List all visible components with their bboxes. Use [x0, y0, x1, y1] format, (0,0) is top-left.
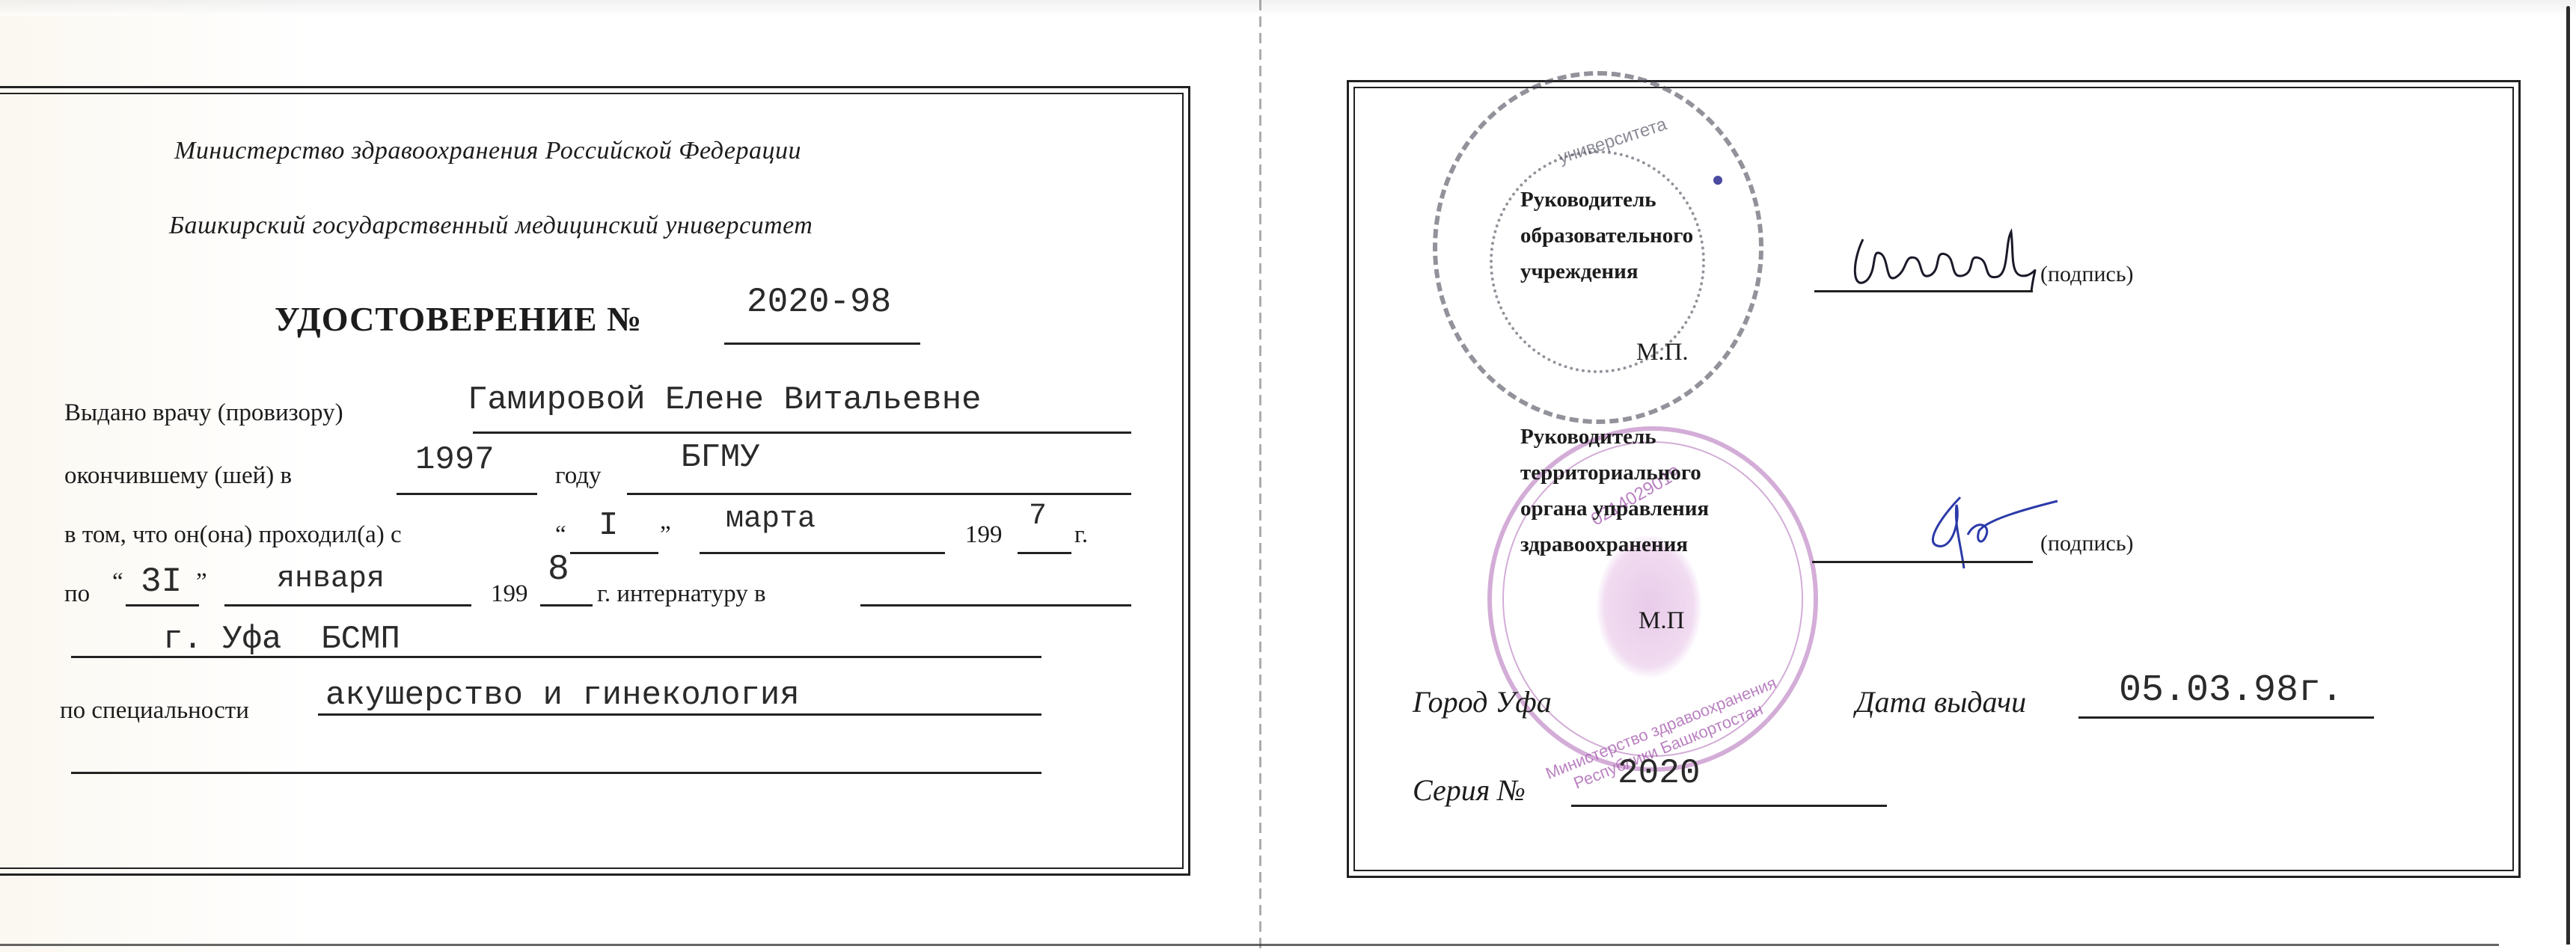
start-month-line	[700, 552, 945, 554]
page-fold	[1259, 0, 1261, 952]
signature-2-line	[1812, 561, 2033, 563]
head-health-line-1: Руководитель	[1520, 419, 1709, 455]
head-health-line-3: органа управления	[1520, 491, 1709, 526]
specialty-line	[318, 713, 1041, 716]
graduated-institution-line	[627, 493, 1131, 495]
start-close-quote: ”	[660, 521, 671, 549]
start-day: I	[599, 507, 618, 544]
internship-line	[860, 604, 1131, 606]
issue-date-line	[2078, 716, 2374, 719]
stamp-dot	[1713, 176, 1722, 185]
scan-top-shade	[0, 0, 2576, 16]
issue-date-label: Дата выдачи	[1855, 684, 2026, 719]
head-health-label: Руководитель территориального органа упр…	[1520, 419, 1709, 562]
signature-1-caption: (подпись)	[2040, 262, 2134, 287]
year-word: году	[555, 462, 602, 490]
start-year-suffix: г.	[1074, 521, 1088, 549]
series-line	[1571, 805, 1887, 807]
cover-edge	[2566, 6, 2570, 945]
head-edu-line-1: Руководитель	[1520, 182, 1693, 218]
blank-line	[71, 772, 1041, 774]
to-label: по	[64, 580, 90, 608]
head-health-line-4: здравоохранения	[1520, 526, 1709, 562]
end-day: 3I	[141, 562, 182, 601]
start-year-line	[1018, 552, 1071, 554]
end-year-digit: 8	[548, 550, 569, 590]
head-edu-line-2: образовательного	[1520, 218, 1693, 254]
start-year-digit: 7	[1029, 500, 1047, 533]
graduated-year: 1997	[415, 441, 495, 479]
issue-date-value: 05.03.98г.	[2119, 669, 2343, 712]
seal-mark-1: М.П.	[1636, 339, 1689, 366]
end-year-line	[540, 604, 593, 606]
head-edu-label: Руководитель образовательного учреждения	[1520, 182, 1693, 289]
series-label: Серия №	[1413, 773, 1526, 808]
period-label: в том, что он(она) проходил(а) с	[64, 521, 402, 549]
end-open-quote: “	[112, 568, 123, 596]
signature-1	[1848, 209, 2065, 299]
ministry-heading: Министерство здравоохранения Российской …	[174, 137, 801, 165]
graduated-label: окончившему (шей) в	[64, 462, 292, 490]
specialty-value: акушерство и гинекология	[325, 677, 800, 714]
specialty-label: по специальности	[60, 697, 249, 725]
head-edu-line-3: учреждения	[1520, 254, 1693, 289]
signature-1-line	[1814, 290, 2033, 292]
graduated-year-line	[397, 493, 537, 495]
issued-to-line	[473, 432, 1131, 434]
end-close-quote: ”	[196, 568, 207, 596]
issued-to-value: Гамировой Елене Витальевне	[468, 381, 982, 419]
signature-2-caption: (подпись)	[2040, 531, 2134, 556]
cover-bottom-edge	[0, 944, 2499, 946]
start-month: марта	[726, 503, 816, 536]
series-value: 2020	[1618, 754, 1700, 793]
end-month-line	[224, 604, 471, 606]
internship-label: г. интернатуру в	[597, 580, 766, 608]
graduated-institution: БГМУ	[681, 439, 760, 476]
certificate-number: 2020-98	[747, 283, 891, 322]
end-day-line	[126, 604, 199, 606]
issued-to-label: Выдано врачу (провизору)	[64, 399, 343, 427]
head-health-line-2: территориального	[1520, 455, 1709, 491]
start-day-line	[570, 552, 658, 554]
certificate-number-line	[724, 343, 920, 345]
seal-mark-2: М.П	[1639, 607, 1684, 635]
certificate-title: УДОСТОВЕРЕНИЕ №	[275, 299, 642, 339]
internship-place-line	[71, 656, 1041, 658]
end-year-prefix: 199	[491, 580, 528, 608]
university-heading: Башкирский государственный медицинский у…	[169, 212, 813, 240]
internship-place: г. Уфа БСМП	[163, 621, 400, 658]
city-label: Город Уфа	[1413, 684, 1552, 719]
end-month: января	[277, 562, 385, 596]
start-year-prefix: 199	[965, 521, 1003, 549]
start-open-quote: “	[555, 521, 566, 549]
